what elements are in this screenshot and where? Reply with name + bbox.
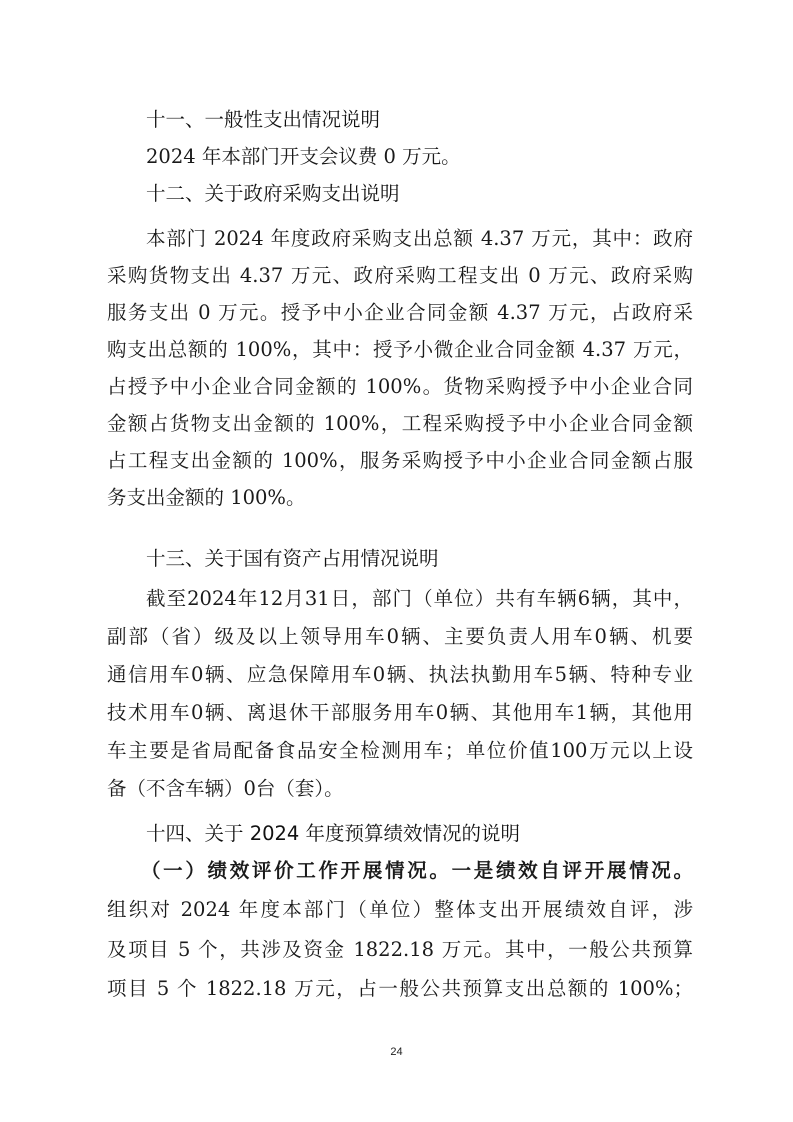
section-13-heading: 十三、关于国有资产占用情况说明 <box>146 546 439 572</box>
section-12-line-1: 本部门 2024 年度政府采购支出总额 4.37 万元，其中：政府 <box>146 226 693 252</box>
section-12-line-3: 服务支出 0 万元。授予中小企业合同金额 4.37 万元，占政府采 <box>107 300 693 326</box>
section-12-line-4: 购支出总额的 100%，其中：授予小微企业合同金额 4.37 万元， <box>107 337 693 363</box>
page-number: 24 <box>0 1046 793 1058</box>
section-12-line-8: 务支出金额的 100%。 <box>107 485 693 511</box>
section-12-line-6: 金额占货物支出金额的 100%，工程采购授予中小企业合同金额 <box>107 411 693 437</box>
section-13-line-5: 车主要是省局配备食品安全检测用车；单位价值100万元以上设 <box>107 738 693 764</box>
section-13-line-2: 副部（省）级及以上领导用车0辆、主要负责人用车0辆、机要 <box>107 624 693 650</box>
section-12-line-2: 采购货物支出 4.37 万元、政府采购工程支出 0 万元、政府采购 <box>107 263 693 289</box>
section-11-heading: 十一、一般性支出情况说明 <box>146 107 380 133</box>
section-12-line-7: 占工程支出金额的 100%，服务采购授予中小企业合同金额占服 <box>107 448 693 474</box>
section-12-heading: 十二、关于政府采购支出说明 <box>146 181 400 207</box>
section-14-subheading: （一）绩效评价工作开展情况。一是绩效自评开展情况。 <box>141 858 693 884</box>
section-11-line-1: 2024 年本部门开支会议费 0 万元。 <box>146 144 693 170</box>
section-13-line-3: 通信用车0辆、应急保障用车0辆、执法执勤用车5辆、特种专业 <box>107 662 693 688</box>
section-13-line-6: 备（不含车辆）0台（套）。 <box>107 776 693 802</box>
section-14-line-2: 及项目 5 个，共涉及资金 1822.18 万元。其中，一般公共预算 <box>107 937 693 963</box>
section-12-line-5: 占授予中小企业合同金额的 100%。货物采购授予中小企业合同 <box>107 374 693 400</box>
section-14-line-3: 项目 5 个 1822.18 万元，占一般公共预算支出总额的 100%； <box>107 976 693 1002</box>
section-14-line-1: 组织对 2024 年度本部门（单位）整体支出开展绩效自评，涉 <box>107 897 693 923</box>
section-14-heading: 十四、关于 2024 年度预算绩效情况的说明 <box>146 821 520 847</box>
document-page: 十一、一般性支出情况说明 2024 年本部门开支会议费 0 万元。 十二、关于政… <box>0 0 793 1122</box>
section-13-line-1: 截至2024年12月31日，部门（单位）共有车辆6辆，其中， <box>146 586 693 612</box>
section-13-line-4: 技术用车0辆、离退休干部服务用车0辆、其他用车1辆，其他用 <box>107 700 693 726</box>
